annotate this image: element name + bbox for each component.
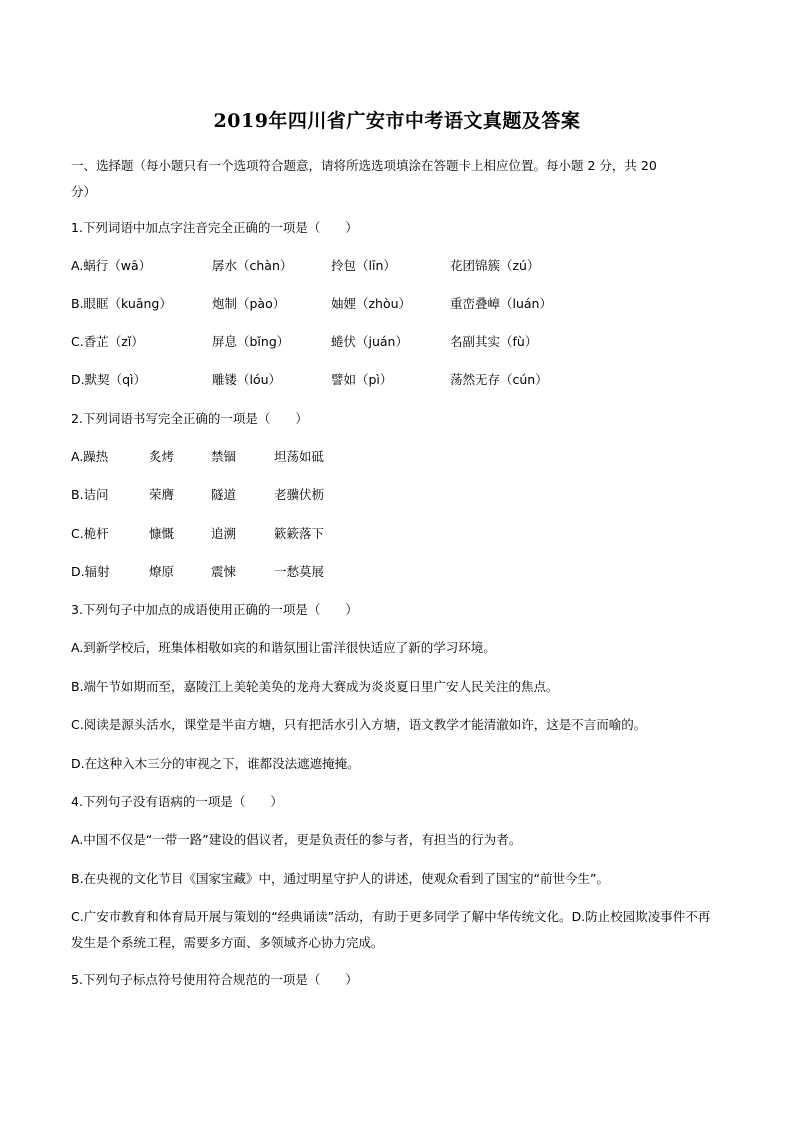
question-4-stem: 4.下列句子没有语病的一项是（ ） xyxy=(71,794,283,810)
option-cell: D.默契（qì） xyxy=(71,372,146,388)
document-title: 2019年四川省广安市中考语文真题及答案 xyxy=(0,106,794,133)
option-cell: 炙烤 xyxy=(149,449,174,465)
option-cell: C.香芷（zǐ） xyxy=(71,334,144,350)
option-cell: 荡然无存（cún） xyxy=(450,372,548,388)
option-cell: B.眼眶（kuāng） xyxy=(71,296,172,312)
question-4-option-a: A.中国不仅是“一带一路”建设的倡议者，更是负责任的参与者，有担当的行为者。 xyxy=(71,832,521,848)
option-cell: A.蜗行（wā） xyxy=(71,258,151,274)
option-cell: 名副其实（fù） xyxy=(450,334,537,350)
option-cell: A.躁热 xyxy=(71,449,108,465)
section-heading-line1: 一、选择题（每小题只有一个选项符合题意，请将所选选项填涂在答题卡上相应位置。每小… xyxy=(71,158,657,174)
option-cell: 隧道 xyxy=(211,487,236,503)
option-cell: 屏息（bǐng） xyxy=(212,334,289,350)
question-2-stem: 2.下列词语书写完全正确的一项是（ ） xyxy=(71,411,308,427)
option-cell: 震悚 xyxy=(211,564,236,580)
question-5-stem: 5.下列句子标点符号使用符合规范的一项是（ ） xyxy=(71,972,358,988)
option-cell: 譬如（pì） xyxy=(331,372,392,388)
option-cell: 拎包（līn） xyxy=(331,258,396,274)
question-1-stem: 1.下列词语中加点字注音完全正确的一项是（ ） xyxy=(71,220,358,236)
option-cell: C.桅杆 xyxy=(71,526,109,542)
option-cell: 禁锢 xyxy=(211,449,236,465)
option-cell: 追溯 xyxy=(211,526,236,542)
option-cell: 荣膺 xyxy=(149,487,174,503)
option-cell: B.诘问 xyxy=(71,487,109,503)
option-cell: 燎原 xyxy=(149,564,174,580)
question-3-stem: 3.下列句子中加点的成语使用正确的一项是（ ） xyxy=(71,602,358,618)
question-3-option-d: D.在这种入木三分的审视之下，谁都没法遮遮掩掩。 xyxy=(71,756,360,772)
option-cell: 坦荡如砥 xyxy=(274,449,324,465)
option-cell: 雕镂（lóu） xyxy=(212,372,281,388)
option-cell: 蜷伏（juán） xyxy=(331,334,408,350)
question-3-option-c: C.阅读是源头活水，课堂是半亩方塘，只有把活水引入方塘，语文教学才能清澈如许，这… xyxy=(71,717,646,733)
question-3-option-a: A.到新学校后，班集体相敬如宾的和谐氛围让雷洋很快适应了新的学习环境。 xyxy=(71,640,496,656)
question-4-option-c-d: C.广安市教育和体育局开展与策划的“经典诵读”活动，有助于更多同学了解中华传统文… xyxy=(71,904,721,956)
option-cell: 一愁莫展 xyxy=(274,564,324,580)
option-cell: 簌簌落下 xyxy=(274,526,324,542)
option-cell: 孱水（chàn） xyxy=(212,258,292,274)
option-cell: D.辐射 xyxy=(71,564,110,580)
document-page: 2019年四川省广安市中考语文真题及答案 一、选择题（每小题只有一个选项符合题意… xyxy=(0,0,794,1123)
option-cell: 慷慨 xyxy=(149,526,174,542)
question-4-option-b: B.在央视的文化节目《国家宝藏》中，通过明星守护人的讲述，使观众看到了国宝的“前… xyxy=(71,871,609,887)
question-3-option-b: B.端午节如期而至，嘉陵江上美轮美奂的龙舟大赛成为炎炎夏日里广安人民关注的焦点。 xyxy=(71,679,559,695)
option-cell: 老骥伏枥 xyxy=(274,487,324,503)
section-heading-line2: 分） xyxy=(71,184,96,200)
option-cell: 重峦叠嶂（luán） xyxy=(450,296,552,312)
option-cell: 炮制（pào） xyxy=(212,296,285,312)
option-cell: 妯娌（zhòu） xyxy=(331,296,411,312)
option-cell: 花团锦簇（zú） xyxy=(450,258,539,274)
